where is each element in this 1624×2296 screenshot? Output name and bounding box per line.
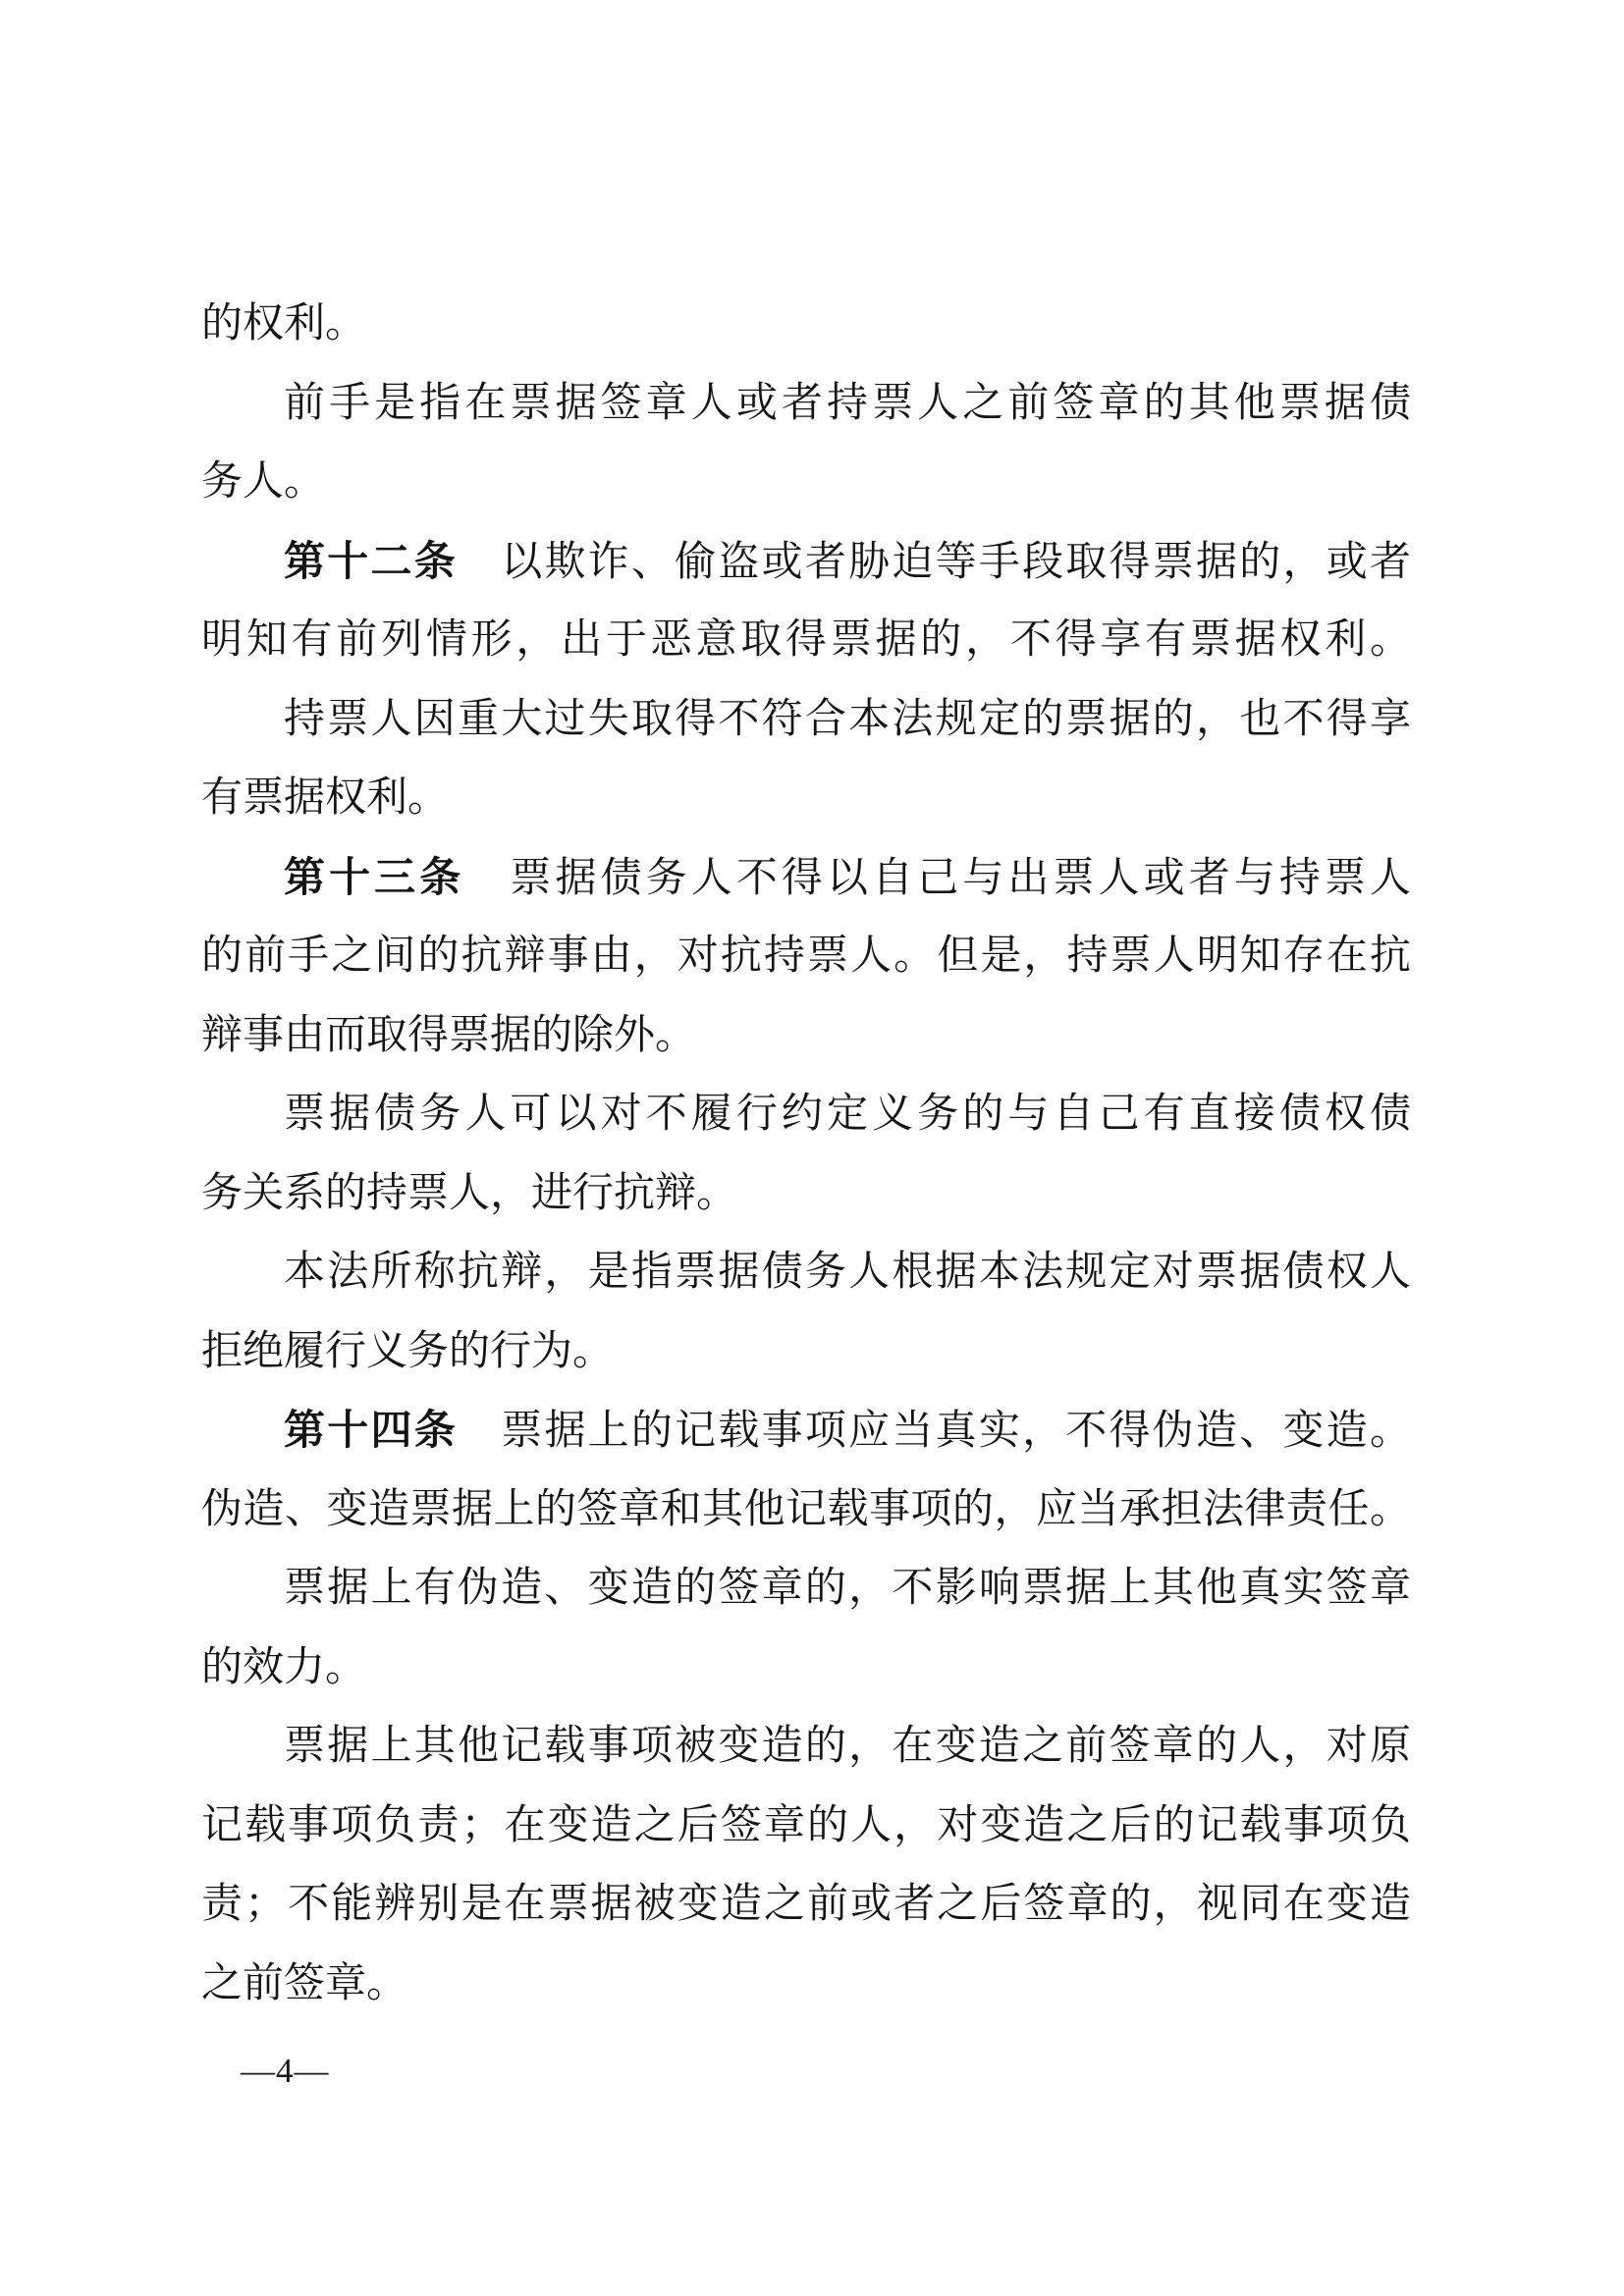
body-text: 伪造、变造票据上的签章和其他记载事项的，应当承担法律责任。: [201, 1487, 1411, 1532]
text-line: 务关系的持票人，进行抗辩。: [201, 1154, 1411, 1234]
text-line: 务人。: [201, 443, 1411, 522]
text-line: 拒绝履行义务的行为。: [201, 1312, 1411, 1392]
text-line: 第十四条 票据上的记载事项应当真实，不得伪造、变造。: [201, 1391, 1411, 1470]
body-text: 前手是指在票据签章人或者持票人之前签章的其他票据债: [284, 381, 1411, 426]
text-line: 票据上有伪造、变造的签章的，不影响票据上其他真实签章: [201, 1549, 1411, 1629]
body-text: 的权利。: [201, 301, 366, 347]
text-line: 辩事由而取得票据的除外。: [201, 996, 1411, 1076]
page-number: —4—: [241, 2044, 330, 2099]
text-line: 明知有前列情形，出于恶意取得票据的，不得享有票据权利。: [201, 601, 1411, 680]
body-text: 票据上的记载事项应当真实，不得伪造、变造。: [458, 1409, 1411, 1454]
body-text: 票据上有伪造、变造的签章的，不影响票据上其他真实签章: [284, 1566, 1411, 1611]
document-body: 的权利。前手是指在票据签章人或者持票人之前签章的其他票据债务人。第十二条 以欺诈…: [201, 285, 1411, 2023]
text-line: 的权利。: [201, 285, 1411, 364]
body-text: 务人。: [201, 459, 325, 505]
article-number: 第十三条: [284, 854, 464, 900]
body-text: 有票据权利。: [201, 775, 449, 821]
body-text: 明知有前列情形，出于恶意取得票据的，不得享有票据权利。: [201, 617, 1411, 663]
text-line: 持票人因重大过失取得不符合本法规定的票据的，也不得享: [201, 680, 1411, 760]
text-line: 前手是指在票据签章人或者持票人之前签章的其他票据债: [201, 364, 1411, 444]
text-line: 第十三条 票据债务人不得以自己与出票人或者与持票人: [201, 838, 1411, 918]
body-text: 的前手之间的抗辩事由，对抗持票人。但是，持票人明知存在抗: [201, 934, 1411, 979]
article-number: 第十二条: [284, 538, 458, 584]
body-text: 辩事由而取得票据的除外。: [201, 1013, 696, 1058]
body-text: 拒绝履行义务的行为。: [201, 1329, 614, 1374]
text-line: 第十二条 以欺诈、偷盗或者胁迫等手段取得票据的，或者: [201, 522, 1411, 602]
text-line: 票据上其他记载事项被变造的，在变造之前签章的人，对原: [201, 1707, 1411, 1787]
text-line: 有票据权利。: [201, 759, 1411, 838]
body-text: 的效力。: [201, 1645, 366, 1690]
body-text: 记载事项负责；在变造之后签章的人，对变造之后的记载事项负: [201, 1803, 1411, 1848]
document-page: 的权利。前手是指在票据签章人或者持票人之前签章的其他票据债务人。第十二条 以欺诈…: [0, 0, 1624, 2296]
body-text: 持票人因重大过失取得不符合本法规定的票据的，也不得享: [284, 697, 1411, 742]
body-text: 以欺诈、偷盗或者胁迫等手段取得票据的，或者: [458, 540, 1411, 585]
body-text: 责；不能辨别是在票据被变造之前或者之后签章的，视同在变造: [201, 1882, 1411, 1927]
text-line: 票据债务人可以对不履行约定义务的与自己有直接债权债: [201, 1075, 1411, 1154]
text-line: 本法所称抗辩，是指票据债务人根据本法规定对票据债权人: [201, 1233, 1411, 1312]
text-line: 的效力。: [201, 1629, 1411, 1708]
body-text: 票据上其他记载事项被变造的，在变造之前签章的人，对原: [284, 1724, 1411, 1769]
article-number: 第十四条: [284, 1407, 458, 1453]
body-text: 本法所称抗辩，是指票据债务人根据本法规定对票据债权人: [284, 1250, 1411, 1295]
text-line: 之前签章。: [201, 1945, 1411, 2024]
text-line: 记载事项负责；在变造之后签章的人，对变造之后的记载事项负: [201, 1787, 1411, 1866]
body-text: 票据债务人不得以自己与出票人或者与持票人: [464, 856, 1411, 901]
text-line: 的前手之间的抗辩事由，对抗持票人。但是，持票人明知存在抗: [201, 917, 1411, 996]
text-line: 责；不能辨别是在票据被变造之前或者之后签章的，视同在变造: [201, 1865, 1411, 1945]
body-text: 票据债务人可以对不履行约定义务的与自己有直接债权债: [284, 1092, 1411, 1137]
body-text: 务关系的持票人，进行抗辩。: [201, 1171, 737, 1216]
body-text: 之前签章。: [201, 1961, 407, 2006]
text-line: 伪造、变造票据上的签章和其他记载事项的，应当承担法律责任。: [201, 1470, 1411, 1550]
